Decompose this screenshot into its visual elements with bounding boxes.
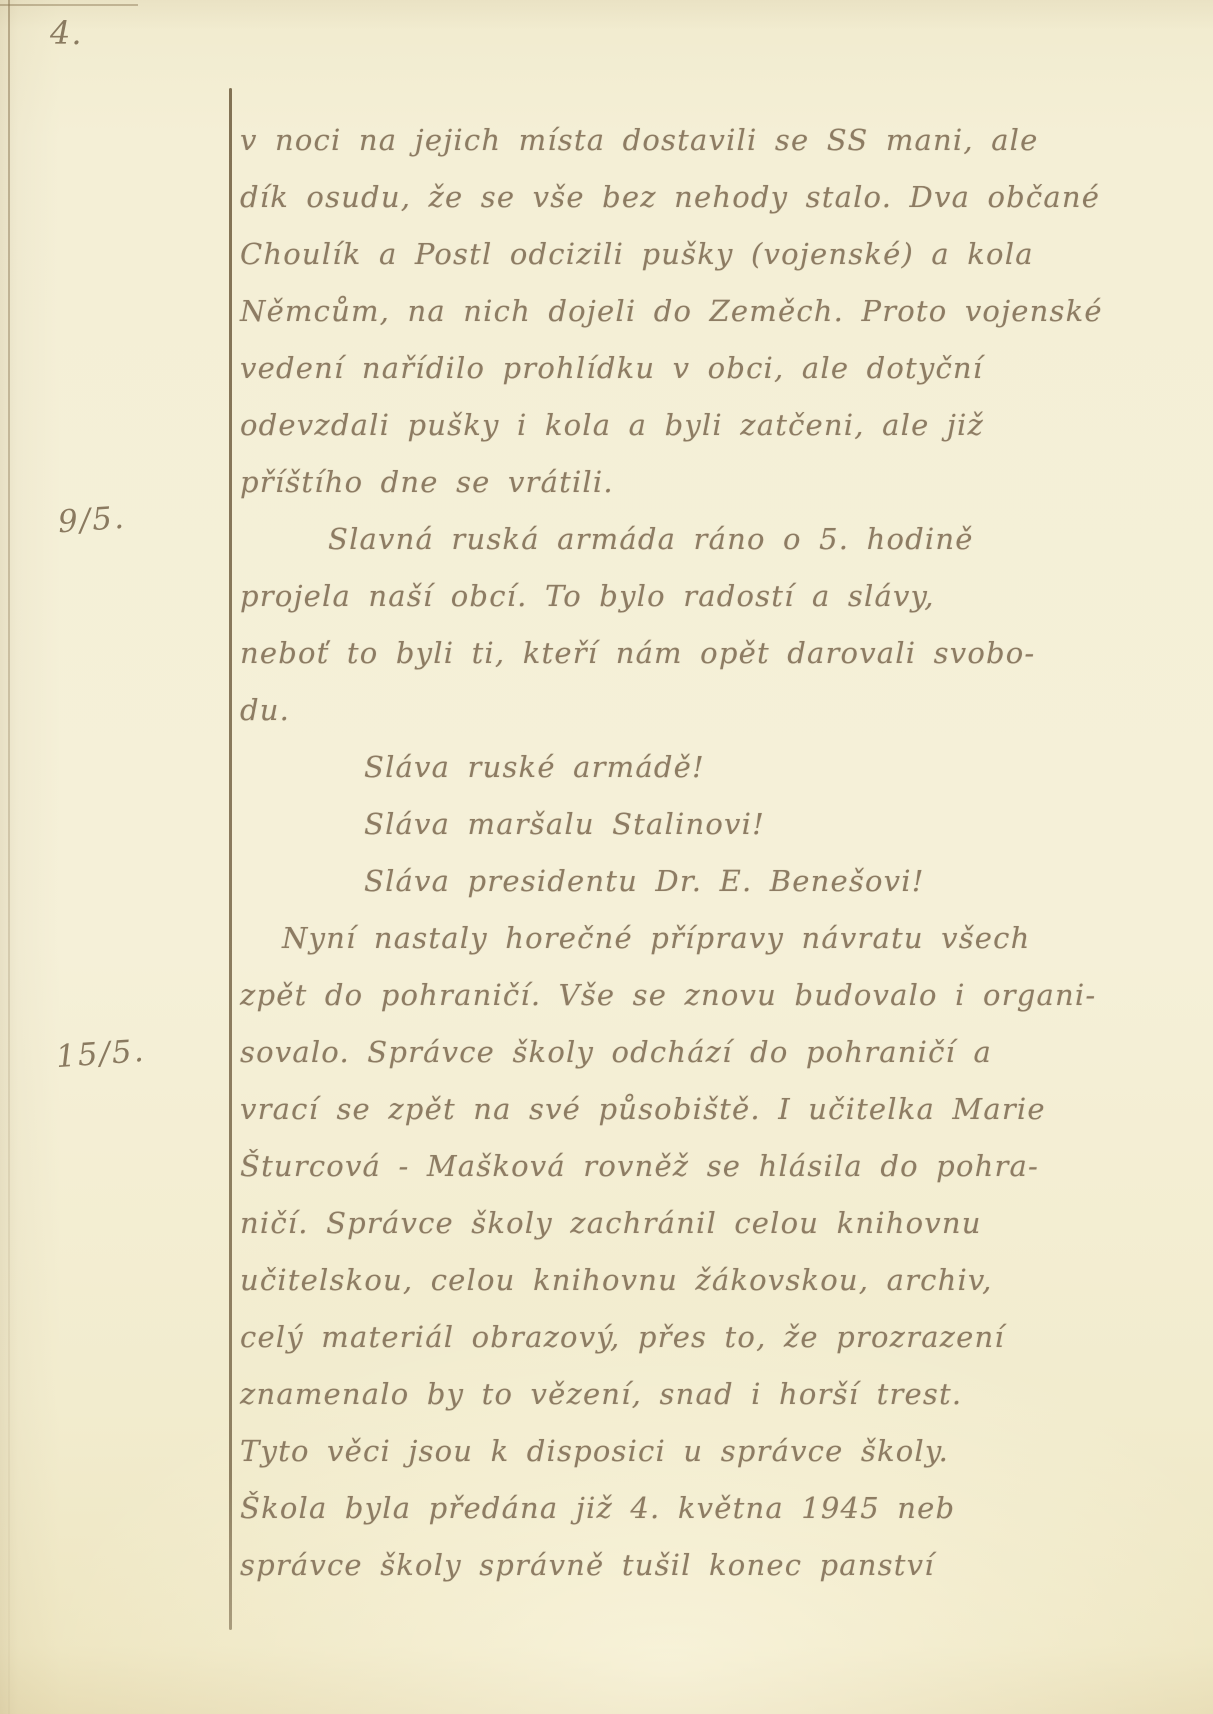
text-line: Němcům, na nich dojeli do Zeměch. Proto … — [240, 283, 1110, 340]
text-line: příštího dne se vrátili. — [240, 454, 1110, 511]
text-line: ničí. Správce školy zachránil celou knih… — [240, 1195, 1110, 1252]
text-line: Choulík a Postl odcizili pušky (vojenské… — [240, 226, 1110, 283]
text-line: vedení nařídilo prohlídku v obci, ale do… — [240, 340, 1110, 397]
text-line: zpět do pohraničí. Vše se znovu budovalo… — [240, 967, 1110, 1024]
text-line: projela naší obcí. To bylo radostí a slá… — [240, 568, 1110, 625]
text-line: dík osudu, že se vše bez nehody stalo. D… — [240, 169, 1110, 226]
handwritten-text-block: v noci na jejich místa dostavili se SS m… — [240, 112, 1110, 1594]
text-line: odevzdali pušky i kola a byli zatčeni, a… — [240, 397, 1110, 454]
text-line: vrací se zpět na své působiště. I učitel… — [240, 1081, 1110, 1138]
text-line: Škola byla předána již 4. května 1945 ne… — [240, 1480, 1110, 1537]
text-line: Sláva presidentu Dr. E. Benešovi! — [240, 853, 1110, 910]
text-line: správce školy správně tušil konec panstv… — [240, 1537, 1110, 1594]
text-line: učitelskou, celou knihovnu žákovskou, ar… — [240, 1252, 1110, 1309]
top-edge-line — [0, 4, 138, 6]
text-line: neboť to byli ti, kteří nám opět daroval… — [240, 625, 1110, 682]
margin-date-note: 15/5. — [55, 1033, 147, 1075]
margin-date-note: 9/5. — [57, 500, 127, 541]
text-line: Sláva maršalu Stalinovi! — [240, 796, 1110, 853]
text-line: sovalo. Správce školy odchází do pohrani… — [240, 1024, 1110, 1081]
text-line: znamenalo by to vězení, snad i horší tre… — [240, 1366, 1110, 1423]
text-line: Šturcová - Mašková rovněž se hlásila do … — [240, 1138, 1110, 1195]
page-number: 4. — [50, 14, 83, 52]
text-line: Nyní nastaly horečné přípravy návratu vš… — [240, 910, 1110, 967]
text-line: Tyto věci jsou k disposici u správce ško… — [240, 1423, 1110, 1480]
page-edge-line — [8, 0, 10, 1714]
text-line: du. — [240, 682, 1110, 739]
text-line: celý materiál obrazový, přes to, že proz… — [240, 1309, 1110, 1366]
manuscript-page: 4. 9/5. 15/5. v noci na jejich místa dos… — [0, 0, 1213, 1714]
text-line: Sláva ruské armádě! — [240, 739, 1110, 796]
margin-rule — [229, 88, 232, 1630]
text-line: v noci na jejich místa dostavili se SS m… — [240, 112, 1110, 169]
text-line: Slavná ruská armáda ráno o 5. hodině — [240, 511, 1110, 568]
